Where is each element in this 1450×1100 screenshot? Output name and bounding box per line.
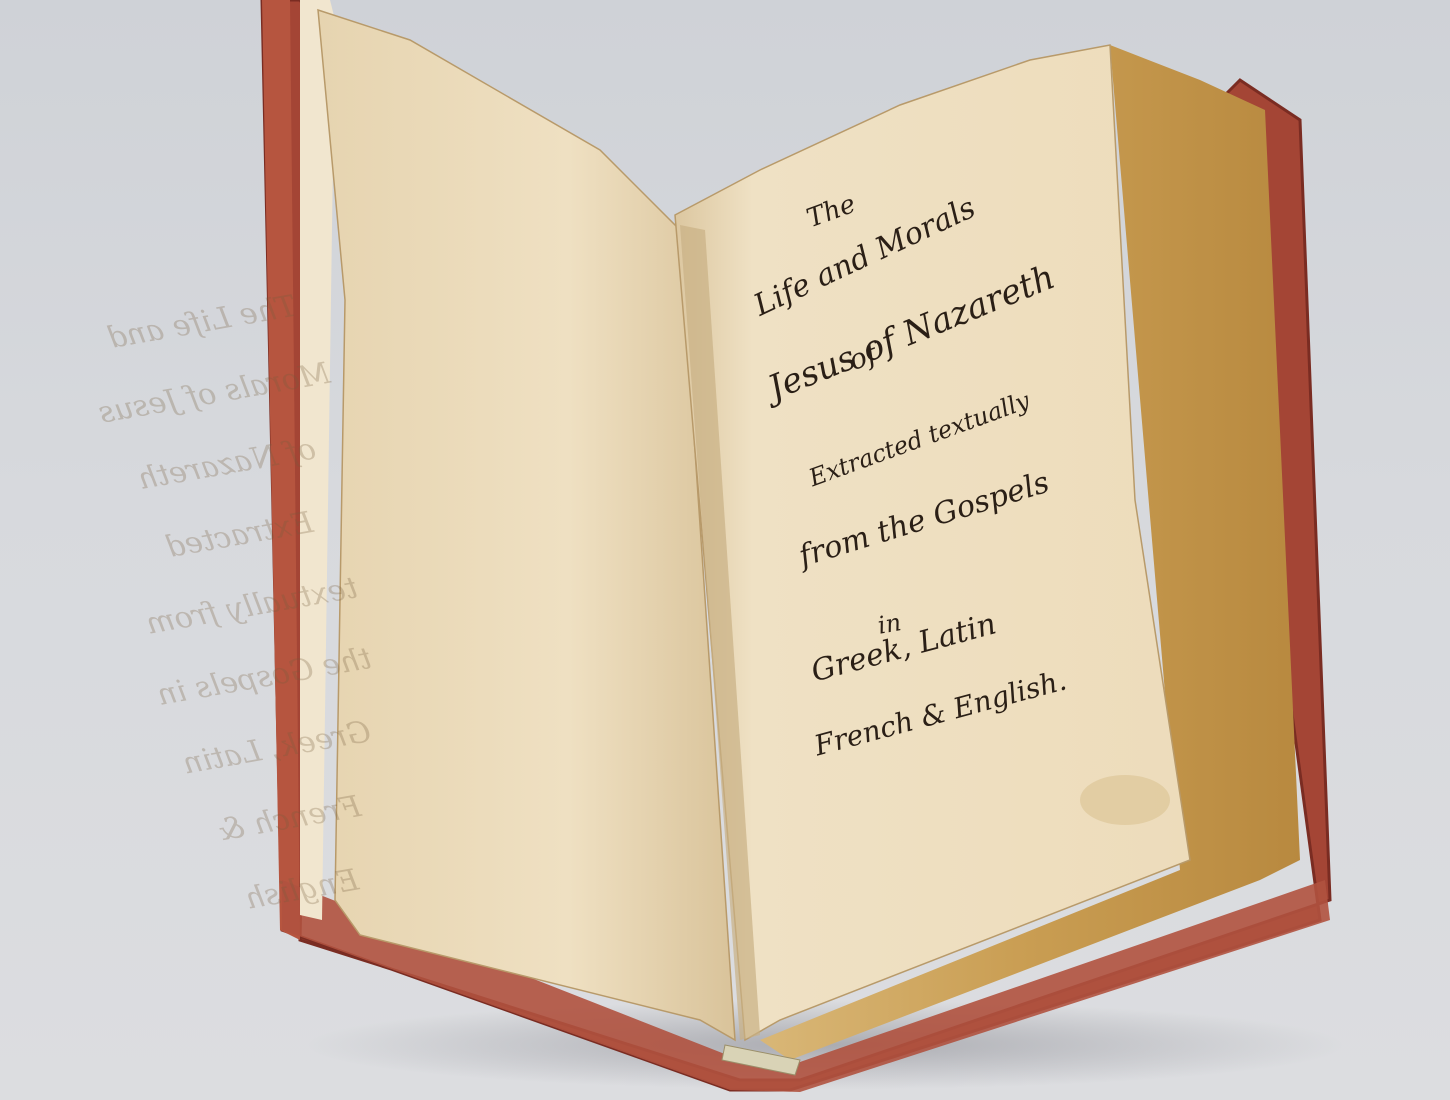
left-page [318, 10, 735, 1040]
right-page [675, 45, 1190, 1040]
book-photo: The Life and Morals of Jesus of Nazareth… [0, 0, 1450, 1100]
book-illustration [0, 0, 1450, 1100]
